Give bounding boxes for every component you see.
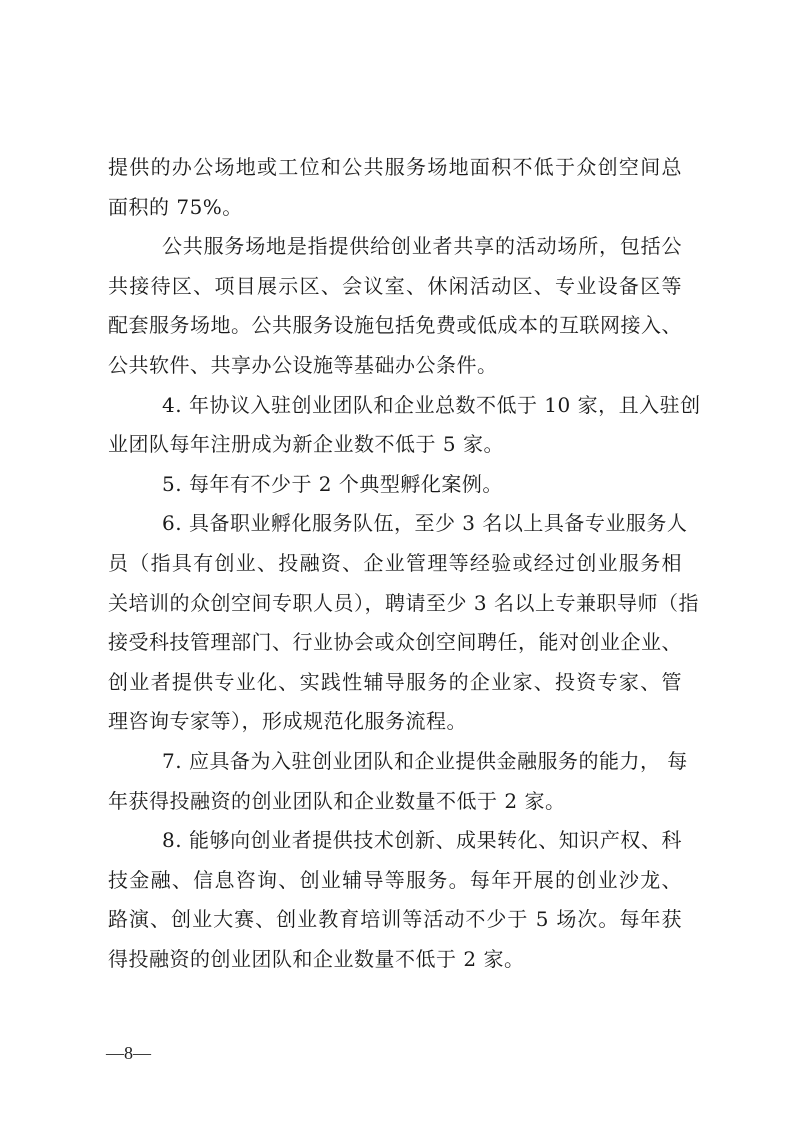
- document-page: 提供的办公场地或工位和公共服务场地面积不低于众创空间总 面积的 75%。 公共服…: [0, 0, 793, 1122]
- text-line: 年获得投融资的创业团队和企业数量不低于 2 家。: [108, 782, 682, 822]
- page-number: —8—: [106, 1043, 151, 1064]
- text-line: 6. 具备职业孵化服务队伍，至少 3 名以上具备专业服务人: [108, 504, 682, 544]
- text-line: 8. 能够向创业者提供技术创新、成果转化、知识产权、科: [108, 821, 682, 861]
- text-line: 创业者提供专业化、实践性辅导服务的企业家、投资专家、管: [108, 663, 682, 703]
- paragraph-item-8: 8. 能够向创业者提供技术创新、成果转化、知识产权、科 技金融、信息咨询、创业辅…: [108, 821, 682, 979]
- text-line: 5. 每年有不少于 2 个典型孵化案例。: [108, 465, 682, 505]
- text-line: 公共服务场地是指提供给创业者共享的活动场所，包括公: [108, 227, 682, 267]
- text-line: 得投融资的创业团队和企业数量不低于 2 家。: [108, 940, 682, 980]
- paragraph-item-6: 6. 具备职业孵化服务队伍，至少 3 名以上具备专业服务人 员（指具有创业、投融…: [108, 504, 682, 742]
- text-line: 业团队每年注册成为新企业数不低于 5 家。: [108, 425, 682, 465]
- paragraph-item-5: 5. 每年有不少于 2 个典型孵化案例。: [108, 465, 682, 505]
- document-body: 提供的办公场地或工位和公共服务场地面积不低于众创空间总 面积的 75%。 公共服…: [108, 148, 682, 979]
- paragraph-item-7: 7. 应具备为入驻创业团队和企业提供金融服务的能力， 每 年获得投融资的创业团队…: [108, 742, 682, 821]
- text-line: 7. 应具备为入驻创业团队和企业提供金融服务的能力， 每: [108, 742, 682, 782]
- text-line: 路演、创业大赛、创业教育培训等活动不少于 5 场次。每年获: [108, 900, 682, 940]
- text-line: 接受科技管理部门、行业协会或众创空间聘任，能对创业企业、: [108, 623, 682, 663]
- text-line: 关培训的众创空间专职人员），聘请至少 3 名以上专兼职导师（指: [108, 584, 682, 624]
- text-line: 理咨询专家等），形成规范化服务流程。: [108, 702, 682, 742]
- text-line: 4. 年协议入驻创业团队和企业总数不低于 10 家，且入驻创: [108, 386, 682, 426]
- paragraph-continuation: 提供的办公场地或工位和公共服务场地面积不低于众创空间总 面积的 75%。: [108, 148, 682, 227]
- paragraph-item-4: 4. 年协议入驻创业团队和企业总数不低于 10 家，且入驻创 业团队每年注册成为…: [108, 386, 682, 465]
- text-line: 公共软件、共享办公设施等基础办公条件。: [108, 346, 682, 386]
- paragraph-public-service: 公共服务场地是指提供给创业者共享的活动场所，包括公 共接待区、项目展示区、会议室…: [108, 227, 682, 385]
- text-line: 员（指具有创业、投融资、企业管理等经验或经过创业服务相: [108, 544, 682, 584]
- text-line: 技金融、信息咨询、创业辅导等服务。每年开展的创业沙龙、: [108, 861, 682, 901]
- text-line: 配套服务场地。公共服务设施包括免费或低成本的互联网接入、: [108, 306, 682, 346]
- text-line: 面积的 75%。: [108, 188, 682, 228]
- text-line: 提供的办公场地或工位和公共服务场地面积不低于众创空间总: [108, 148, 682, 188]
- text-line: 共接待区、项目展示区、会议室、休闲活动区、专业设备区等: [108, 267, 682, 307]
